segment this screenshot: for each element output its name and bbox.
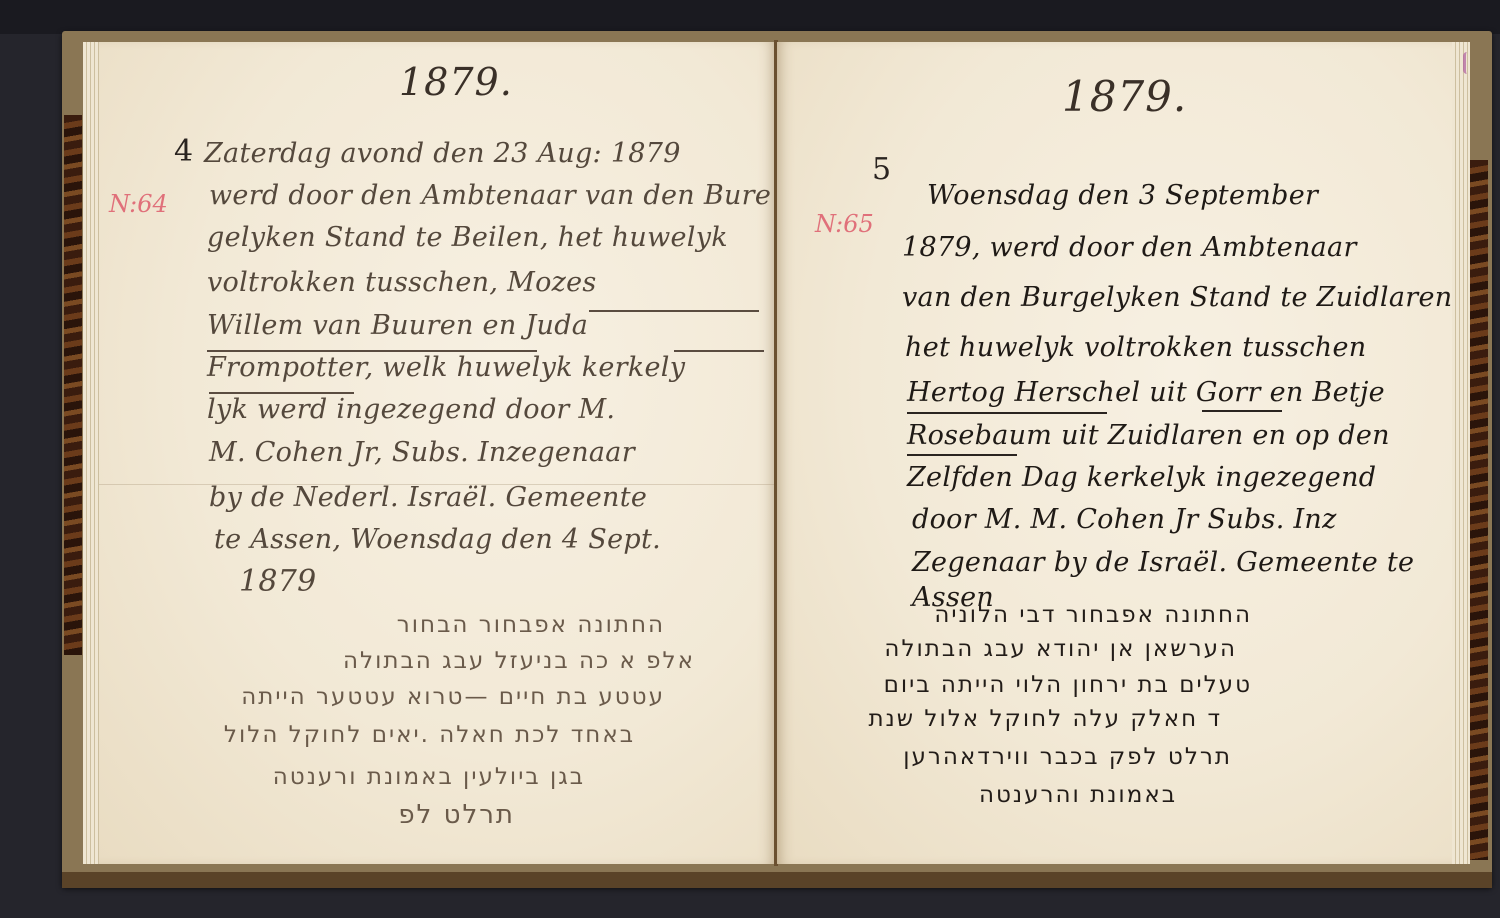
entry-line: Woensdag den 3 September	[927, 180, 1318, 211]
backdrop	[0, 0, 1500, 34]
hebrew-line: באחד לכת חאלה .יאים לחוקל הלול	[224, 722, 635, 748]
name-underline	[907, 454, 1017, 456]
entry-number: 5	[872, 152, 891, 187]
marbled-endpaper-left	[64, 115, 82, 655]
entry-line: M. Cohen Jr, Subs. Inzegenaar	[209, 437, 635, 468]
entry-line: Rosebaum uit Zuidlaren en op den	[907, 420, 1390, 451]
entry-line: Hertog Herschel uit Gorr en Betje	[907, 377, 1385, 408]
page-stack-right	[1452, 42, 1470, 864]
name-underline	[589, 310, 759, 312]
entry-line: by de Nederl. Israël. Gemeente	[209, 482, 647, 513]
book-cover-edge	[62, 872, 1492, 888]
name-underline	[907, 412, 1107, 414]
name-underline	[674, 350, 764, 352]
hebrew-line: עטטע בת חיים —טרוא עטטער הייתה	[241, 684, 665, 710]
entry-line: werd door den Ambtenaar van den Bure	[209, 180, 771, 211]
name-underline	[1202, 410, 1282, 412]
entry-line: Zegenaar by de Israël. Gemeente te	[912, 547, 1414, 578]
hebrew-line: החתונה אפבחור דבי הלוניה	[934, 602, 1252, 628]
entry-line: lyk werd ingezegend door M.	[207, 394, 615, 425]
marbled-endpaper-right	[1470, 160, 1488, 860]
hebrew-line: תרלט לפק בכבר ווירדאהרען	[903, 744, 1232, 770]
hebrew-line: הערשאן אן יהודא עבג הבתולה	[884, 636, 1237, 662]
hebrew-line: ד חאלק עלה לחוקל אלול שנת	[868, 706, 1222, 732]
entry-line: gelyken Stand te Beilen, het huwelyk	[207, 222, 728, 253]
left-page: 1879. 4 N:64 Zaterdag avond den 23 Aug: …	[99, 42, 775, 864]
entry-line: 1879, werd door den Ambtenaar	[902, 232, 1357, 263]
right-page: 1879. 5 N:65 Woensdag den 3 September 18…	[777, 42, 1452, 864]
register-number-annotation: N:65	[815, 210, 874, 238]
year-header: 1879.	[1062, 72, 1187, 121]
register-number-annotation: N:64	[109, 190, 168, 218]
entry-line: van den Burgelyken Stand te Zuidlaren	[902, 282, 1452, 313]
hebrew-line: באמונת והרענטה	[979, 782, 1177, 808]
entry-line: 1879	[239, 564, 317, 599]
purple-ink-mark	[1463, 52, 1474, 74]
entry-line: door M. M. Cohen Jr Subs. Inz	[912, 504, 1337, 535]
hebrew-line: בגן ביולעין באמונת ורענטה	[273, 764, 585, 790]
entry-line: Zaterdag avond den 23 Aug: 1879	[204, 138, 681, 169]
entry-number: 4	[174, 134, 193, 169]
entry-line: het huwelyk voltrokken tusschen	[905, 332, 1366, 363]
entry-line: Zelfden Dag kerkelyk ingezegend	[907, 462, 1376, 493]
hebrew-line: טעלים בת ירחון הלוי הייתה ביום	[884, 672, 1252, 698]
hebrew-line: אלפ א כה בניעזל עבג הבתולה	[343, 648, 695, 674]
hebrew-line: תרלט לפ	[398, 800, 515, 830]
year-header: 1879.	[399, 60, 513, 104]
entry-line: Willem van Buuren en Juda	[207, 310, 588, 341]
hebrew-line: החתונה אפבחור הבחור	[397, 612, 665, 638]
page-stack-left	[83, 42, 99, 864]
entry-line: te Assen, Woensdag den 4 Sept.	[214, 524, 661, 555]
entry-line: Frompotter, welk huwelyk kerkely	[207, 352, 685, 383]
entry-line: voltrokken tusschen, Mozes	[207, 267, 597, 298]
